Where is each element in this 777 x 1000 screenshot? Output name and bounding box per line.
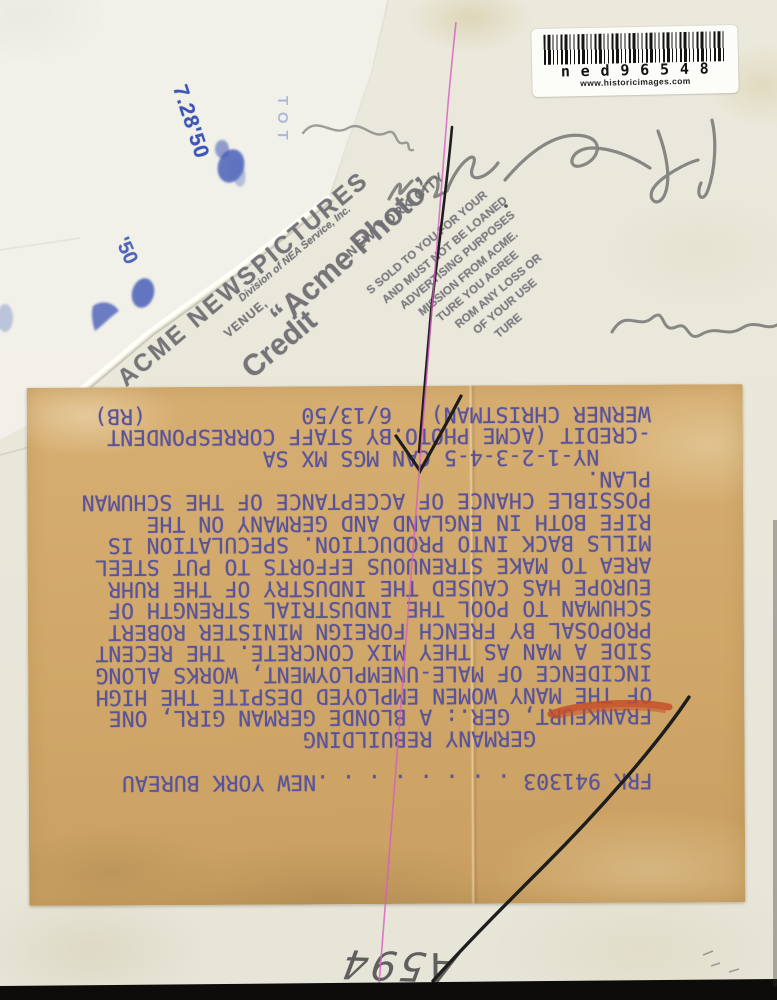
blue-stamp-fragment: TOT bbox=[274, 96, 291, 147]
caption-label: FRK 941303 . . . . . . . .NEW YORK BUREA… bbox=[27, 384, 746, 906]
date-stamp-partial: '50 bbox=[110, 234, 142, 268]
caption-line: FRK 941303 . . . . . . . .NEW YORK BUREA… bbox=[75, 769, 653, 794]
stamp-fine-print: S SOLD TO YOU FOR YOUR AND MUST NOT BE L… bbox=[363, 93, 678, 387]
ink-smudge-icon bbox=[0, 304, 13, 332]
photo-verso: ACME NEWSPICTURES Division of NEA Servic… bbox=[0, 0, 777, 1000]
caption-text: FRK 941303 . . . . . . . .NEW YORK BUREA… bbox=[27, 384, 746, 906]
caption-line: WERNER CHRISTMAN) 6/13/50 (RB) bbox=[73, 402, 651, 427]
penciled-number: A594 bbox=[331, 928, 467, 990]
ink-blob-icon bbox=[215, 140, 229, 158]
ink-blob-icon bbox=[213, 146, 248, 186]
caption-line: POSSIBLE CHANCE OF ACCEPTANCE OF THE SCH… bbox=[73, 488, 651, 513]
photo-right-edge bbox=[773, 520, 777, 986]
crease-line bbox=[0, 238, 80, 250]
barcode-sticker: ned96548 www.historicimages.com bbox=[531, 25, 738, 97]
date-stamp: 7.28'50 bbox=[167, 82, 213, 162]
blue-arrow-mark-icon bbox=[92, 302, 119, 331]
ink-blob-icon bbox=[128, 276, 157, 311]
ink-smudge-icon bbox=[228, 156, 248, 188]
